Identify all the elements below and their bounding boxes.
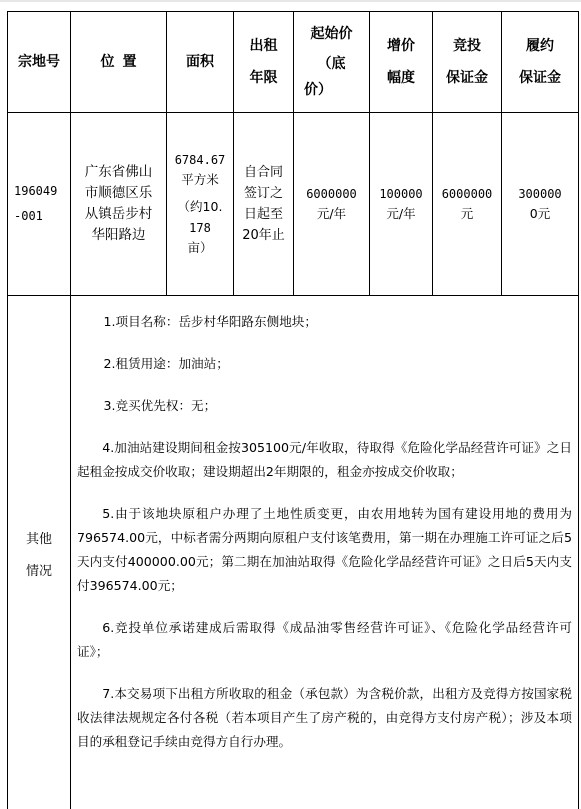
data-row: 196049 -001 广东省佛山 市顺德区乐 从镇岳步村 华阳路边 6784.… xyxy=(8,113,579,296)
item-6: 6.竞投单位承诺建成后需取得《成品油零售经营许可证》、《危险化学品经营许可证》； xyxy=(77,616,572,664)
header-row: 宗地号 位置 面积 出租 年限 起始价 （底 价） 增价 幅度 竞投 保证金 履… xyxy=(8,12,579,113)
cell-increment: 100000 元/年 xyxy=(370,113,433,296)
item-4: 4.加油站建设期间租金按305100元/年收取，待取得《危险化学品经营许可证》之… xyxy=(77,436,572,484)
header-parcel-no: 宗地号 xyxy=(8,12,71,113)
item-3: 3.竞买优先权：无； xyxy=(77,394,572,418)
cell-lease-term: 自合同 签订之 日起至 20年止 xyxy=(234,113,294,296)
other-info-content: 1.项目名称：岳步村华阳路东侧地块； 2.租赁用途：加油站； 3.竞买优先权：无… xyxy=(71,296,579,809)
cell-parcel-no: 196049 -001 xyxy=(8,113,71,296)
item-2: 2.租赁用途：加油站； xyxy=(77,352,572,376)
other-info-row: 其他 情况 1.项目名称：岳步村华阳路东侧地块； 2.租赁用途：加油站； 3.竞… xyxy=(8,296,579,809)
item-5: 5.由于该地块原租户办理了土地性质变更，由农用地转为国有建设用地的费用为7965… xyxy=(77,502,572,598)
cell-bid-deposit: 6000000 元 xyxy=(433,113,502,296)
header-performance-deposit: 履约 保证金 xyxy=(502,12,579,113)
header-area: 面积 xyxy=(167,12,234,113)
cell-performance-deposit: 300000 0元 xyxy=(502,113,579,296)
cell-area: 6784.67 平方米 （约10. 178 亩） xyxy=(167,113,234,296)
other-info-label: 其他 情况 xyxy=(8,296,71,809)
header-bid-deposit: 竞投 保证金 xyxy=(433,12,502,113)
land-lease-table: 宗地号 位置 面积 出租 年限 起始价 （底 价） 增价 幅度 竞投 保证金 履… xyxy=(7,11,579,809)
cell-location: 广东省佛山 市顺德区乐 从镇岳步村 华阳路边 xyxy=(71,113,167,296)
item-7: 7.本交易项下出租方所收取的租金（承包款）为含税价款，出租方及竞得方按国家税收法… xyxy=(77,682,572,754)
cell-starting-price: 6000000 元/年 xyxy=(294,113,370,296)
header-location: 位置 xyxy=(71,12,167,113)
header-lease-term: 出租 年限 xyxy=(234,12,294,113)
header-starting-price: 起始价 （底 价） xyxy=(294,12,370,113)
item-1: 1.项目名称：岳步村华阳路东侧地块； xyxy=(77,310,572,334)
top-divider xyxy=(0,0,581,2)
header-increment: 增价 幅度 xyxy=(370,12,433,113)
